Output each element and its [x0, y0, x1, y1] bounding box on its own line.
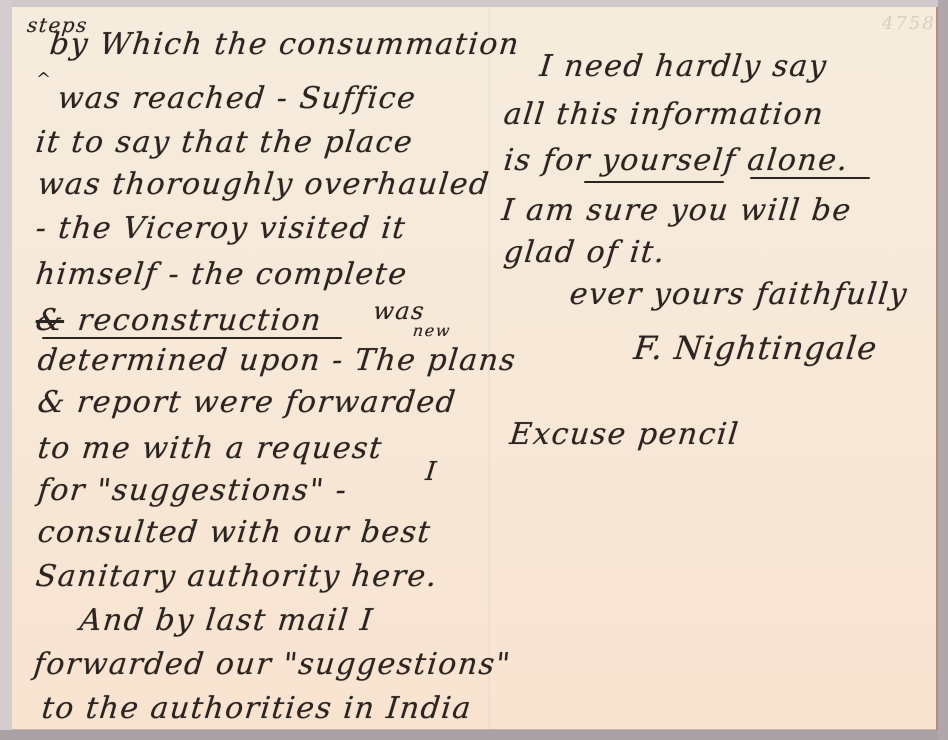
letter-line-14: And by last mail I: [78, 603, 375, 638]
margin-I: I: [424, 457, 439, 487]
letter-line-6: himself - the complete: [34, 257, 409, 292]
right-line-5: glad of it.: [502, 235, 667, 270]
signature: F. Nightingale: [632, 329, 879, 367]
right-line-3: is for yourself alone.: [502, 143, 850, 178]
letter-line-10: to me with a request: [36, 431, 385, 466]
closing: ever yours faithfully: [568, 277, 910, 312]
photo-surround-right: [938, 0, 948, 740]
letter-line-7: reconstruction: [76, 303, 324, 338]
letter-line-15: forwarded our "suggestions": [32, 647, 513, 682]
underline-alone: [750, 177, 870, 179]
photo-surround-left: [0, 0, 12, 740]
underline-reconstruction: [42, 337, 342, 339]
show-through-text: [572, 477, 581, 502]
letter-line-1: by Which the consummation: [48, 27, 522, 62]
letter-line-13: Sanitary authority here.: [34, 559, 440, 594]
right-line-2: all this information: [502, 97, 826, 132]
letter-line-2: was reached - Suffice: [56, 81, 418, 116]
right-line-1: I need hardly say: [538, 49, 829, 84]
insertion-caret: ^: [36, 69, 51, 90]
right-line-4: I am sure you will be: [500, 193, 854, 228]
struck-word-ampersand: &: [34, 303, 66, 338]
postscript: Excuse pencil: [508, 417, 741, 452]
letter-line-4: was thoroughly overhauled: [36, 167, 492, 202]
show-through-number: 4758: [882, 13, 936, 34]
letter-sheet: 4758 steps ^ by Which the consummation w…: [12, 7, 938, 730]
photo-surround-bottom: [0, 730, 948, 740]
interlinear-new: new: [412, 321, 452, 340]
letter-line-8: determined upon - The plans: [36, 343, 518, 378]
letter-line-12: consulted with our best: [36, 515, 433, 550]
underline-yourself: [584, 181, 724, 183]
letter-line-16: to the authorities in India: [40, 691, 474, 726]
letter-line-3: it to say that the place: [34, 125, 415, 160]
letter-line-11: for "suggestions" -: [36, 473, 349, 508]
letter-line-9: & report were forwarded: [36, 385, 458, 420]
letter-line-5: - the Viceroy visited it: [34, 211, 408, 246]
